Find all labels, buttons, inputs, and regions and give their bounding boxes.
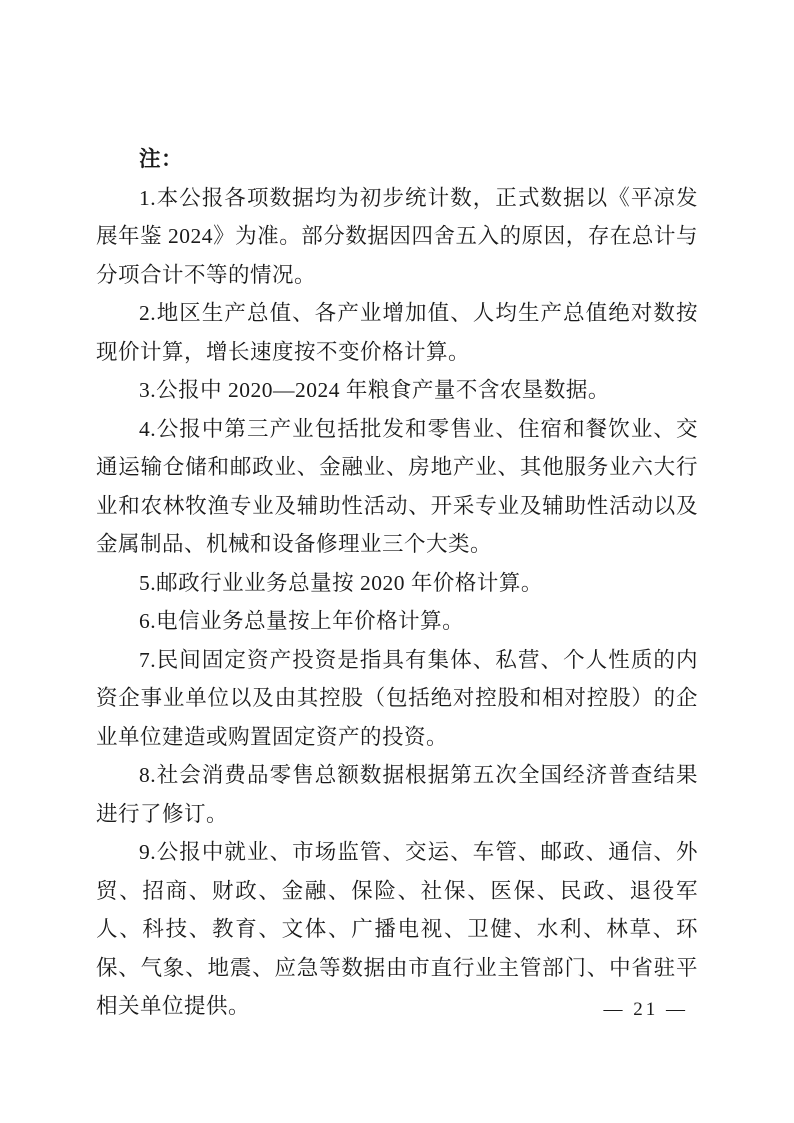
note-paragraph-1: 1.本公报各项数据均为初步统计数，正式数据以《平凉发展年鉴 2024》为准。部分… (96, 179, 698, 295)
page-number: — 21 — (604, 997, 689, 1023)
note-paragraph-4: 4.公报中第三产业包括批发和零售业、住宿和餐饮业、交通运输仓储和邮政业、金融业、… (96, 410, 698, 564)
document-page: 注： 1.本公报各项数据均为初步统计数，正式数据以《平凉发展年鉴 2024》为准… (0, 0, 794, 1123)
notes-section: 注： 1.本公报各项数据均为初步统计数，正式数据以《平凉发展年鉴 2024》为准… (96, 140, 698, 1026)
note-paragraph-2: 2.地区生产总值、各产业增加值、人均生产总值绝对数按现价计算，增长速度按不变价格… (96, 294, 698, 371)
note-paragraph-7: 7.民间固定资产投资是指具有集体、私营、个人性质的内资企事业单位以及由其控股（包… (96, 641, 698, 757)
notes-heading: 注： (96, 140, 698, 179)
note-paragraph-6: 6.电信业务总量按上年价格计算。 (96, 602, 698, 641)
note-paragraph-5: 5.邮政行业业务总量按 2020 年价格计算。 (96, 564, 698, 603)
note-paragraph-3: 3.公报中 2020—2024 年粮食产量不含农垦数据。 (96, 371, 698, 410)
note-paragraph-8: 8.社会消费品零售总额数据根据第五次全国经济普查结果进行了修订。 (96, 756, 698, 833)
